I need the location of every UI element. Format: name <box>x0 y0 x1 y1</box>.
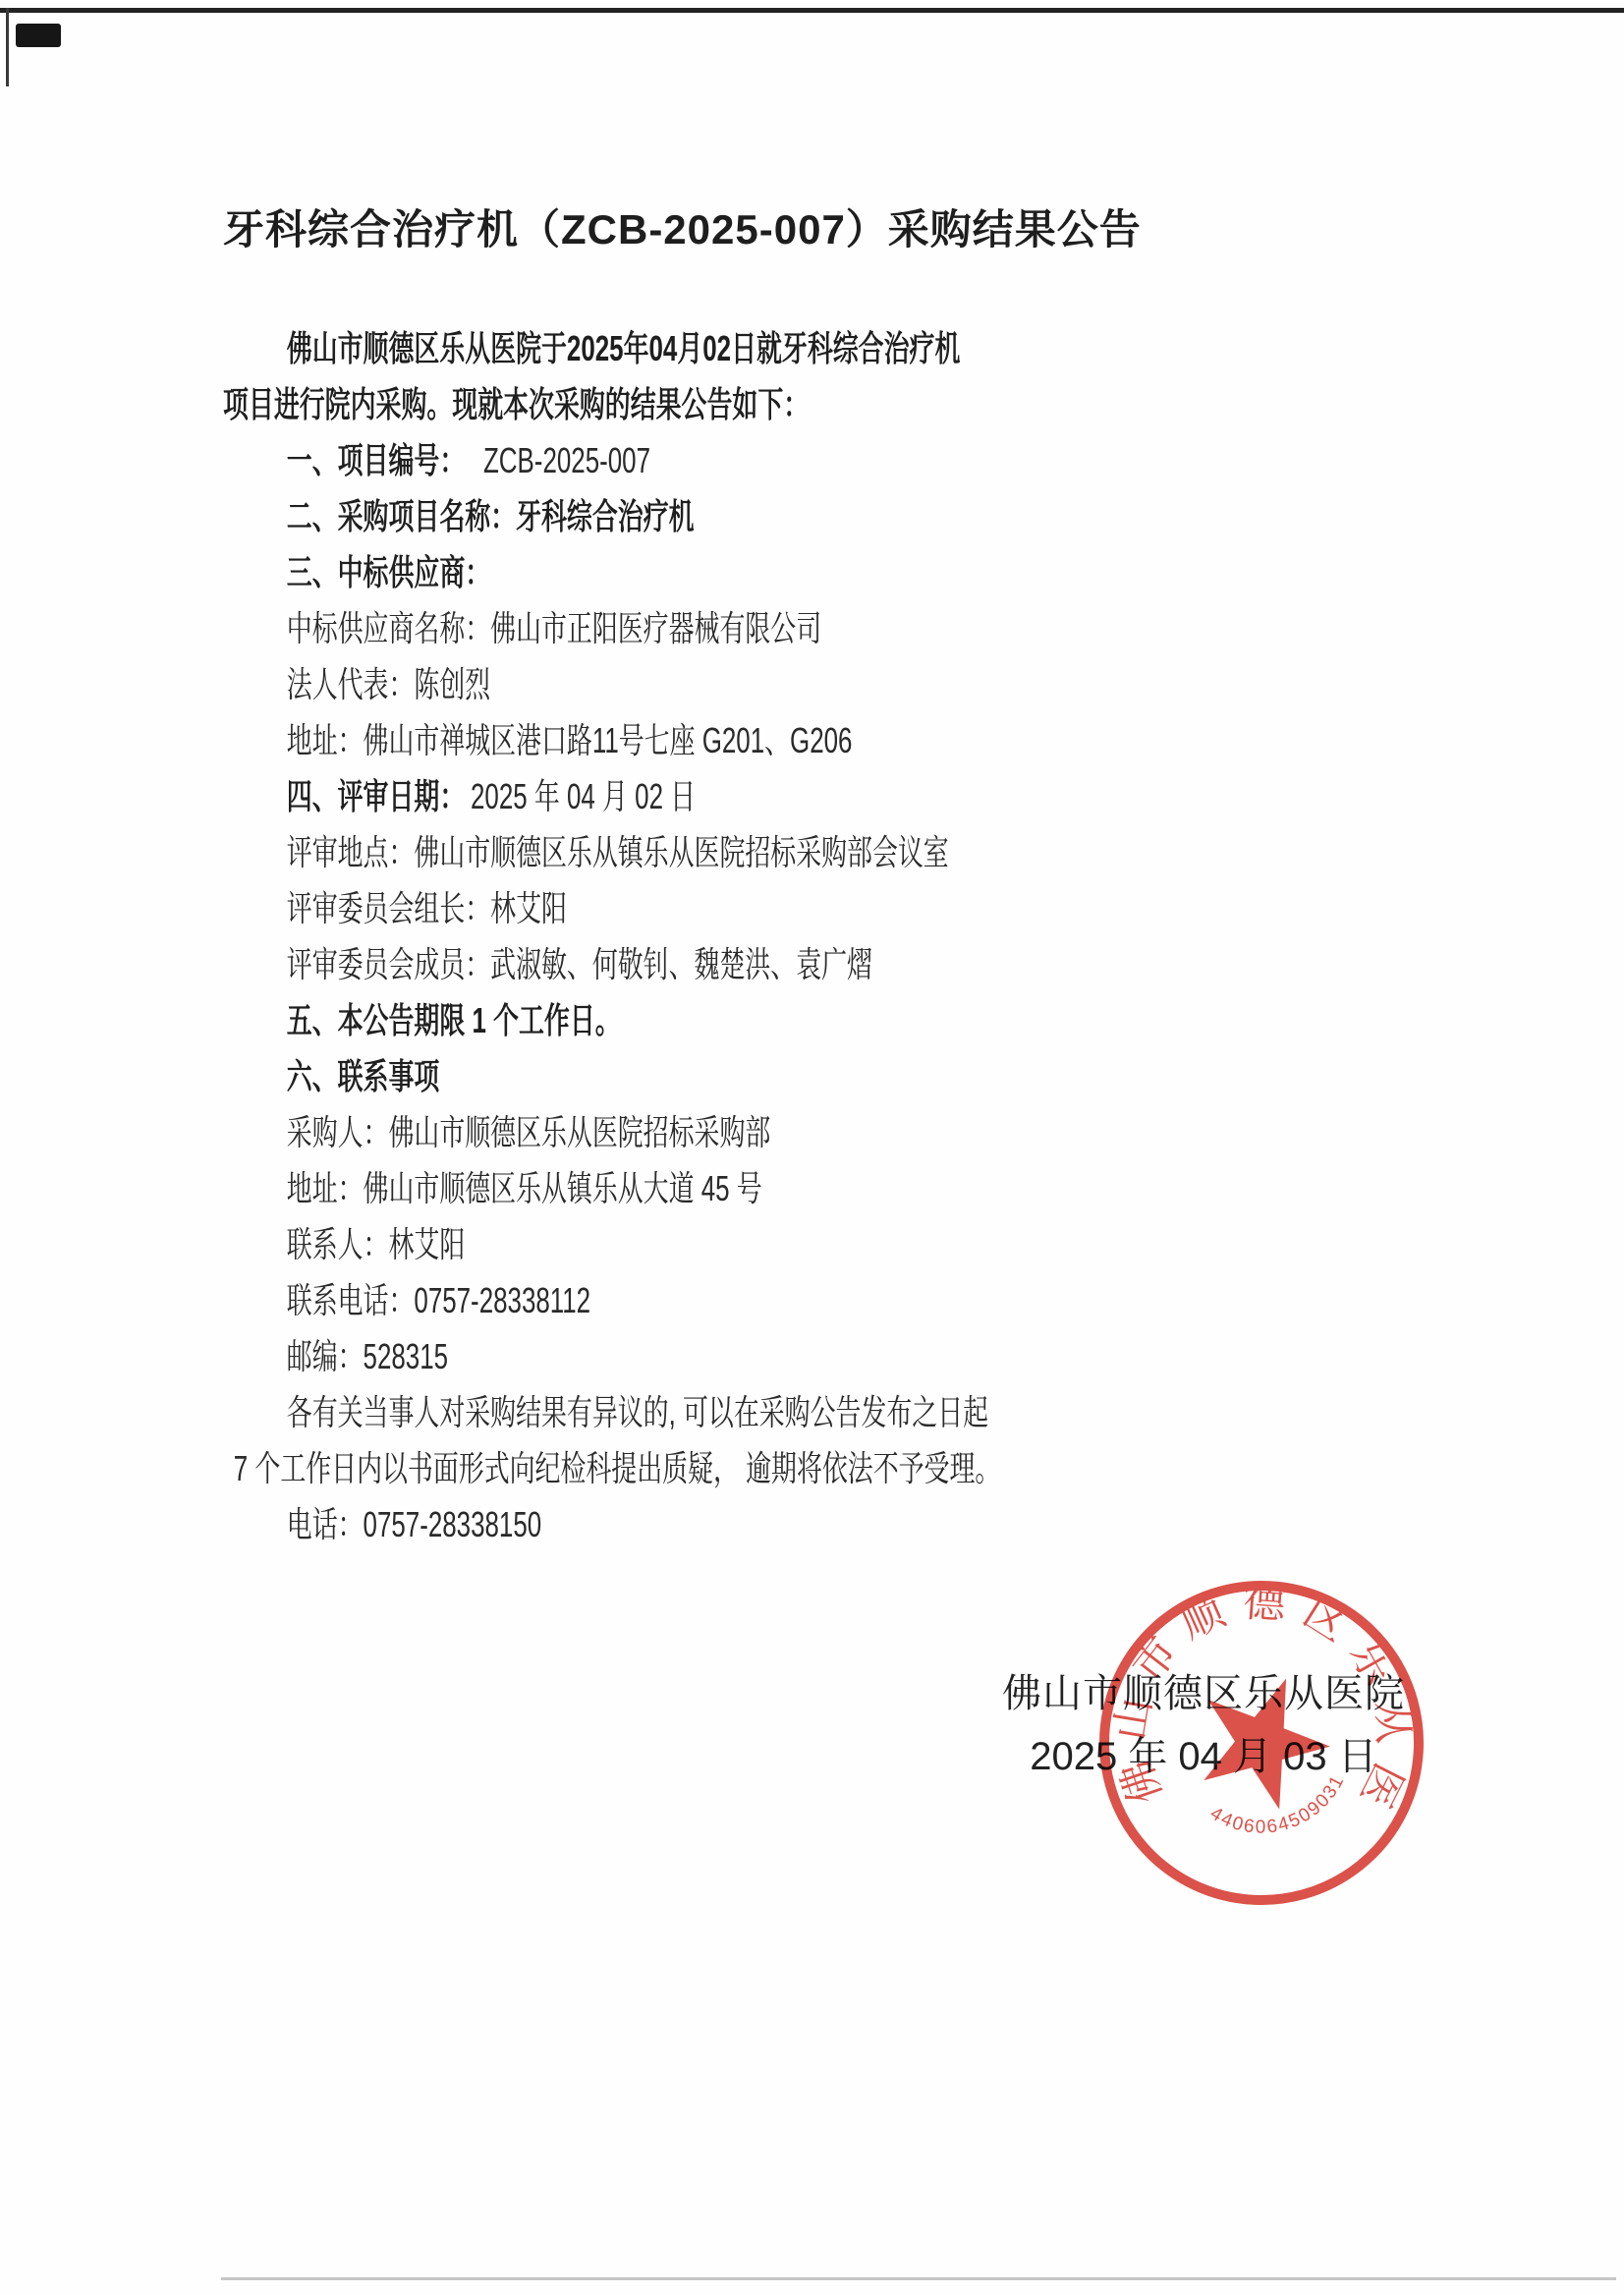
item-project-number-label: 一、项目编号： <box>287 440 465 480</box>
supplier-address-line: 地址：佛山市禅城区港口路11号七座 G201、G206 <box>223 712 1161 768</box>
item-review-date-label: 四、评审日期： <box>287 776 465 816</box>
contact-person-line: 联系人：林艾阳 <box>223 1216 1161 1272</box>
review-members-line: 评审委员会成员：武淑敏、何敬钊、魏楚洪、袁广熠 <box>223 936 1161 992</box>
contact-phone-line: 联系电话：0757-28338112 <box>223 1272 1161 1328</box>
item-review-date-value: 2025 年 04 月 02 日 <box>465 776 696 816</box>
seal-svg: 佛山市顺德区乐从医院 4406064509031 <box>1069 1550 1453 1934</box>
seal-star-icon <box>1198 1671 1337 1815</box>
item-contact-matters: 六、联系事项 <box>223 1048 1161 1104</box>
item-project-name-value: 牙科综合治疗机 <box>516 496 694 536</box>
document-lines: 佛山市顺德区乐从医院于2025年04月02日就牙科综合治疗机 项目进行院内采购。… <box>223 320 1097 1552</box>
official-seal-stamp: 佛山市顺德区乐从医院 4406064509031 <box>1069 1550 1453 1934</box>
objection-line-1: 各有关当事人对采购结果有异议的, 可以在采购公告发布之日起 <box>223 1384 1161 1440</box>
purchaser-address-line: 地址：佛山市顺德区乐从镇乐从大道 45 号 <box>223 1160 1161 1216</box>
intro-line-1: 佛山市顺德区乐从医院于2025年04月02日就牙科综合治疗机 <box>223 320 1161 376</box>
page-title: 牙科综合治疗机（ZCB-2025-007）采购结果公告 <box>223 200 1097 259</box>
review-place-line: 评审地点：佛山市顺德区乐从镇乐从医院招标采购部会议室 <box>223 824 1161 880</box>
postcode-line: 邮编：528315 <box>223 1328 1161 1384</box>
seal-org-text: 佛山市顺德区乐从医院 <box>1099 1564 1433 1839</box>
item-review-date: 四、评审日期：2025 年 04 月 02 日 <box>223 768 1161 824</box>
item-winning-supplier-heading: 三、中标供应商： <box>223 544 1161 600</box>
intro-line-2: 项目进行院内采购。现就本次采购的结果公告如下： <box>223 376 1097 432</box>
purchaser-line: 采购人：佛山市顺德区乐从医院招标采购部 <box>223 1104 1161 1160</box>
item-project-name-label: 二、采购项目名称： <box>287 496 516 536</box>
announcement-page: 牙科综合治疗机（ZCB-2025-007）采购结果公告 佛山市顺德区乐从医院于2… <box>0 0 1624 2295</box>
item-contact-matters-label: 六、联系事项 <box>287 1056 440 1096</box>
item-project-number: 一、项目编号：ZCB-2025-007 <box>223 432 1161 488</box>
review-chair-line: 评审委员会组长：林艾阳 <box>223 880 1161 936</box>
scan-edge-top <box>0 8 1624 13</box>
legal-rep-line: 法人代表：陈创烈 <box>223 656 1161 712</box>
item-project-name: 二、采购项目名称：牙科综合治疗机 <box>223 488 1161 544</box>
scan-edge-left <box>6 8 9 86</box>
scan-corner-mark <box>16 24 61 47</box>
item-project-number-value: ZCB-2025-007 <box>465 440 650 480</box>
supplier-name-line: 中标供应商名称：佛山市正阳医疗器械有限公司 <box>223 600 1161 656</box>
item-winning-supplier-label: 三、中标供应商： <box>287 552 490 592</box>
objection-line-2: 7 个工作日内以书面形式向纪检科提出质疑， 逾期将依法不予受理。 <box>223 1440 1108 1496</box>
document-body: 牙科综合治疗机（ZCB-2025-007）采购结果公告 佛山市顺德区乐从医院于2… <box>223 200 1097 1552</box>
objection-phone-line: 电话：0757-28338150 <box>223 1496 1161 1552</box>
scan-edge-bottom <box>221 2277 1616 2280</box>
item-announcement-period: 五、本公告期限 1 个工作日。 <box>223 992 1161 1048</box>
item-announcement-period-label: 五、本公告期限 1 个工作日。 <box>287 1000 621 1040</box>
